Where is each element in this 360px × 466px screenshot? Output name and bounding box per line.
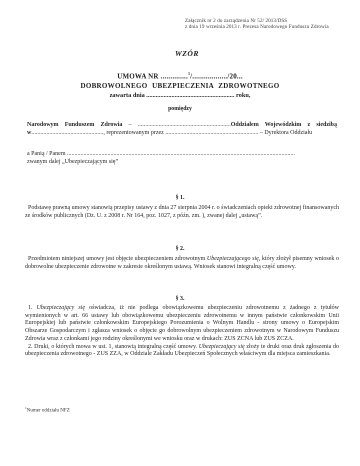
section-3-item-1: 1. Ubezpieczający się oświadcza, iż nie … bbox=[25, 305, 339, 344]
contract-number-pre: UMOWA NR .............. bbox=[117, 72, 188, 80]
party-nfz-dots-3: ........................................… bbox=[165, 130, 258, 136]
party-person-block: a Panią / Panem ........................… bbox=[27, 150, 337, 166]
section-3-body: 1. Ubezpieczający się oświadcza, iż nie … bbox=[25, 305, 339, 359]
footnote-text: Numer oddziału NFZ bbox=[27, 409, 70, 414]
party-nfz-dots-2: ........................................… bbox=[31, 130, 103, 136]
section-1-paragraph: Podstawę prawną umowy stanowią przepisy … bbox=[25, 205, 339, 220]
section-3-item-1-number: 1. bbox=[28, 305, 37, 311]
section-1-heading: § 1. bbox=[0, 195, 360, 201]
wzor-label: WZÓR bbox=[0, 49, 360, 58]
party-person-line: a Panią / Panem ........................… bbox=[27, 150, 337, 158]
contract-number-post: /................../20... bbox=[190, 72, 243, 80]
contract-document-page: Załącznik nr 2 do zarządzenia Nr 52/ 201… bbox=[0, 0, 360, 466]
section-3-item-2: 2. Druki, o których mowa w ust. 1, stano… bbox=[25, 344, 339, 359]
section-2-heading: § 2. bbox=[0, 246, 360, 252]
party-nfz-paragraph: Narodowym Funduszem Zdrowia – ..........… bbox=[27, 122, 337, 138]
party-represented-by: , reprezentowanym przez bbox=[103, 130, 165, 136]
attachment-annotation-line2: z dnia 19 września 2013 r. Prezesa Narod… bbox=[185, 25, 350, 31]
section-2-insured-term: Ubezpieczającego się bbox=[207, 256, 259, 262]
contract-title-line: DOBROWOLNEGO UBEZPIECZENIA ZDROWOTNEGO bbox=[0, 82, 360, 90]
attachment-annotation: Załącznik nr 2 do zarządzenia Nr 52/ 201… bbox=[185, 19, 350, 31]
section-2-text-pre: Przedmiotem niniejszej umowy jest objęci… bbox=[28, 256, 207, 262]
section-3-item-2-insured-term: Ubezpieczający się bbox=[199, 344, 245, 350]
party-nfz-dots-1: ........................................… bbox=[138, 122, 231, 128]
page-footnote: 1Numer oddziału NFZ bbox=[25, 406, 70, 414]
contract-title-block: UMOWA NR ..............1/...............… bbox=[0, 71, 360, 99]
section-3-item-2-text-pre: Druki, o których mowa w ust. 1, stanowią… bbox=[34, 344, 199, 350]
contract-date-line: zawarta dnia ...........................… bbox=[0, 92, 360, 99]
party-person-alias: zwanym dalej „Ubezpieczającym się” bbox=[27, 158, 337, 166]
section-1-body: Podstawę prawną umowy stanowią przepisy … bbox=[25, 205, 339, 220]
party-nfz-name: Narodowym Funduszem Zdrowia bbox=[27, 122, 122, 128]
section-2-body: Przedmiotem niniejszej umowy jest objęci… bbox=[25, 256, 339, 271]
party-director-label: – Dyrektora Oddziału bbox=[258, 130, 312, 136]
between-label: pomiędzy bbox=[0, 106, 360, 112]
contract-number-line: UMOWA NR ..............1/...............… bbox=[0, 71, 360, 80]
section-3-heading: § 3. bbox=[0, 296, 360, 302]
party-person-dots: ........................................… bbox=[67, 151, 295, 157]
party-nfz-separator: – bbox=[122, 122, 137, 128]
section-2-paragraph: Przedmiotem niniejszej umowy jest objęci… bbox=[25, 256, 339, 271]
party-person-label: a Panią / Panem bbox=[27, 151, 67, 157]
section-3-item-1-insured-term: Ubezpieczający się bbox=[37, 305, 85, 311]
